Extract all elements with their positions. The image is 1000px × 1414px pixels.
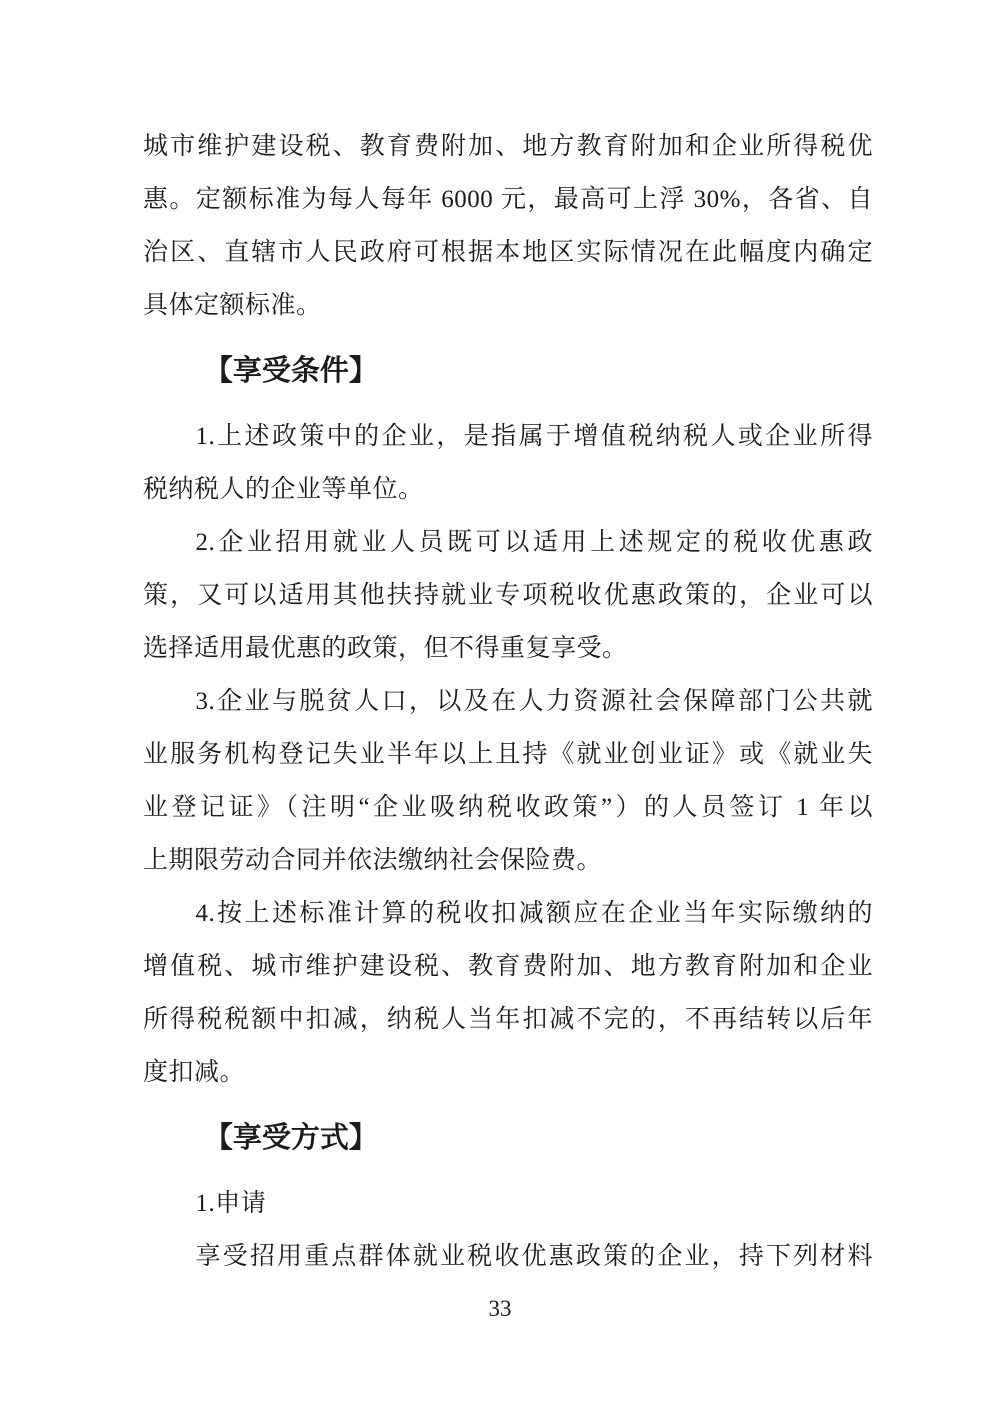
- heading-enjoyment-method: 【享受方式】: [143, 1112, 873, 1165]
- text-line: 2.企业招用就业人员既可以适用上述规定的税收优惠政: [143, 516, 873, 569]
- paragraph-apply-intro: 享受招用重点群体就业税收优惠政策的企业，持下列材料: [143, 1230, 873, 1283]
- text-line: 4.按上述标准计算的税收扣减额应在企业当年实际缴纳的: [143, 887, 873, 940]
- text-line: 增值税、城市维护建设税、教育费附加、地方教育附加和企业: [143, 940, 873, 993]
- text-line: 享受招用重点群体就业税收优惠政策的企业，持下列材料: [143, 1230, 873, 1283]
- text-line: 上期限劳动合同并依法缴纳社会保险费。: [143, 834, 873, 887]
- text-line: 1.申请: [143, 1177, 873, 1230]
- paragraph-condition-4: 4.按上述标准计算的税收扣减额应在企业当年实际缴纳的增值税、城市维护建设税、教育…: [143, 887, 873, 1099]
- text-line: 业服务机构登记失业半年以上且持《就业创业证》或《就业失: [143, 728, 873, 781]
- text-line: 选择适用最优惠的政策，但不得重复享受。: [143, 622, 873, 675]
- text-line: 税纳税人的企业等单位。: [143, 463, 873, 516]
- document-content: 城市维护建设税、教育费附加、地方教育附加和企业所得税优惠。定额标准为每人每年 6…: [143, 120, 873, 1283]
- text-line: 度扣减。: [143, 1046, 873, 1099]
- section-heading: 【享受方式】: [143, 1112, 873, 1165]
- text-line: 城市维护建设税、教育费附加、地方教育附加和企业所得税优: [143, 120, 873, 173]
- paragraph-apply-label: 1.申请: [143, 1177, 873, 1230]
- text-line: 治区、直辖市人民政府可根据本地区实际情况在此幅度内确定: [143, 226, 873, 279]
- section-heading: 【享受条件】: [143, 345, 873, 398]
- heading-eligibility-conditions: 【享受条件】: [143, 345, 873, 398]
- page-number: 33: [0, 1296, 1000, 1322]
- text-line: 业登记证》（注明“企业吸纳税收政策”）的人员签订 1 年以: [143, 781, 873, 834]
- text-line: 3.企业与脱贫人口，以及在人力资源社会保障部门公共就: [143, 675, 873, 728]
- text-line: 所得税税额中扣减，纳税人当年扣减不完的，不再结转以后年: [143, 993, 873, 1046]
- paragraph-condition-2: 2.企业招用就业人员既可以适用上述规定的税收优惠政策，又可以适用其他扶持就业专项…: [143, 516, 873, 675]
- text-line: 惠。定额标准为每人每年 6000 元，最高可上浮 30%，各省、自: [143, 173, 873, 226]
- document-page: 城市维护建设税、教育费附加、地方教育附加和企业所得税优惠。定额标准为每人每年 6…: [0, 0, 1000, 1414]
- text-line: 策，又可以适用其他扶持就业专项税收优惠政策的，企业可以: [143, 569, 873, 622]
- text-line: 1.上述政策中的企业，是指属于增值税纳税人或企业所得: [143, 410, 873, 463]
- text-line: 具体定额标准。: [143, 279, 873, 332]
- paragraph-condition-1: 1.上述政策中的企业，是指属于增值税纳税人或企业所得税纳税人的企业等单位。: [143, 410, 873, 516]
- paragraph-quota-standard: 城市维护建设税、教育费附加、地方教育附加和企业所得税优惠。定额标准为每人每年 6…: [143, 120, 873, 332]
- paragraph-condition-3: 3.企业与脱贫人口，以及在人力资源社会保障部门公共就业服务机构登记失业半年以上且…: [143, 675, 873, 887]
